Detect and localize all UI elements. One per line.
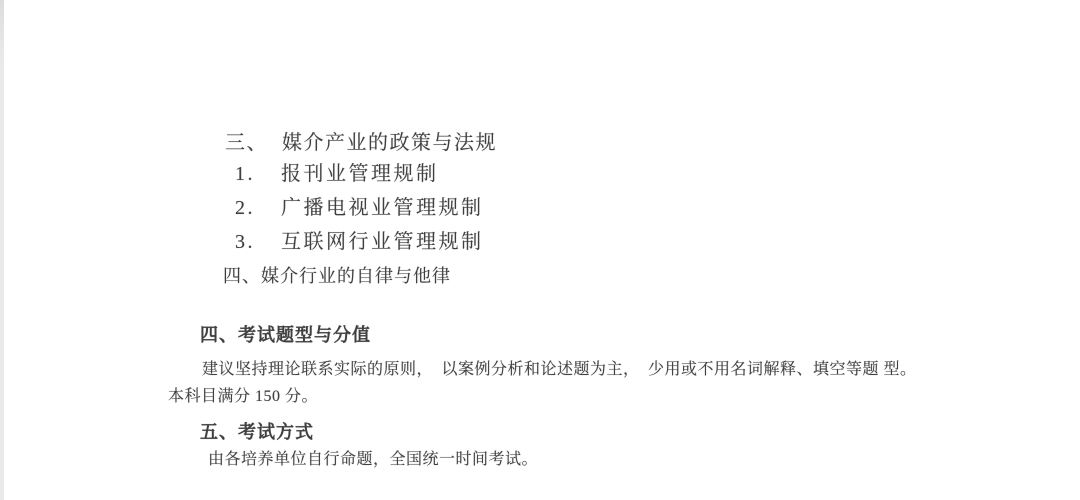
page-left-edge: [0, 0, 4, 500]
document-page: 三、媒介产业的政策与法规 1.报刊业管理规制 2.广播电视业管理规制 3.互联网…: [0, 0, 1080, 500]
item-2-number: 2.: [235, 197, 255, 219]
exam-method-heading: 五、考试方式: [200, 423, 314, 441]
exam-question-types-paragraph-line-2: 本科目满分 150 分。: [168, 389, 318, 405]
outline-section-4-line: 四、媒介行业的自律与他律: [223, 267, 451, 285]
exam-question-types-paragraph-line-1: 建议坚持理论联系实际的原则， 以案例分析和论述题为主， 少用或不用名词解释、填空…: [202, 362, 917, 378]
item-3-text: 互联网行业管理规制: [281, 231, 484, 253]
outline-item-2: 2.广播电视业管理规制: [235, 198, 484, 218]
section-3-marker: 三、: [225, 132, 268, 154]
exam-method-body: 由各培养单位自行命题，全国统一时间考试。: [208, 452, 538, 468]
outline-item-3: 3.互联网行业管理规制: [235, 232, 484, 252]
item-3-number: 3.: [235, 231, 255, 253]
item-1-text: 报刊业管理规制: [281, 163, 439, 185]
exam-question-types-heading: 四、考试题型与分值: [200, 326, 371, 344]
item-1-number: 1.: [235, 163, 255, 185]
section-4-title: 媒介行业的自律与他律: [261, 266, 451, 286]
section-3-title: 媒介产业的政策与法规: [282, 132, 497, 154]
item-2-text: 广播电视业管理规制: [281, 197, 484, 219]
outline-section-3-line: 三、媒介产业的政策与法规: [225, 133, 497, 153]
section-4-marker: 四、: [223, 266, 261, 286]
outline-item-1: 1.报刊业管理规制: [235, 164, 439, 184]
